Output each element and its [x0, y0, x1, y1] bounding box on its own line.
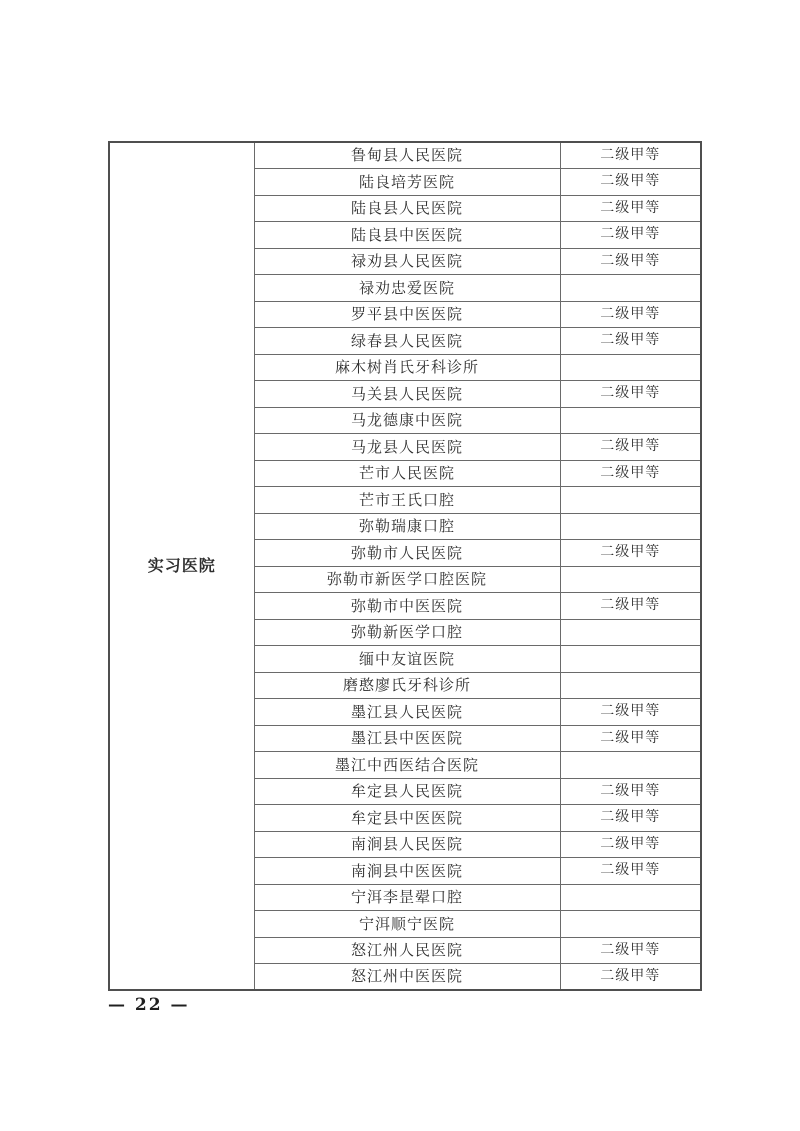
hospital-name-cell: 怒江州人民医院 — [254, 937, 560, 964]
hospital-name-cell: 牟定县人民医院 — [254, 778, 560, 805]
grade-cell — [560, 487, 701, 514]
hospital-name-cell: 缅中友谊医院 — [254, 646, 560, 673]
grade-cell — [560, 911, 701, 938]
hospital-table: 实习医院 鲁甸县人民医院 二级甲等 陆良培芳医院 二级甲等 陆良县人民医院 二级… — [108, 141, 702, 991]
hospital-name-cell: 弥勒市新医学口腔医院 — [254, 566, 560, 593]
grade-cell — [560, 566, 701, 593]
grade-cell: 二级甲等 — [560, 937, 701, 964]
grade-cell: 二级甲等 — [560, 778, 701, 805]
hospital-name-cell: 陆良县中医医院 — [254, 222, 560, 249]
grade-cell: 二级甲等 — [560, 964, 701, 991]
hospital-name-cell: 墨江中西医结合医院 — [254, 752, 560, 779]
grade-cell — [560, 752, 701, 779]
page-number: — 22 — — [108, 995, 190, 1015]
grade-cell: 二级甲等 — [560, 434, 701, 461]
grade-cell: 二级甲等 — [560, 460, 701, 487]
row-header: 实习医院 — [109, 142, 254, 990]
hospital-name-cell: 南涧县人民医院 — [254, 831, 560, 858]
hospital-name-cell: 麻木树肖氏牙科诊所 — [254, 354, 560, 381]
grade-cell: 二级甲等 — [560, 222, 701, 249]
grade-cell: 二级甲等 — [560, 248, 701, 275]
hospital-name-cell: 马关县人民医院 — [254, 381, 560, 408]
grade-cell: 二级甲等 — [560, 169, 701, 196]
hospital-name-cell: 牟定县中医医院 — [254, 805, 560, 832]
grade-cell: 二级甲等 — [560, 593, 701, 620]
grade-cell: 二级甲等 — [560, 195, 701, 222]
grade-cell: 二级甲等 — [560, 699, 701, 726]
grade-cell: 二级甲等 — [560, 725, 701, 752]
hospital-name-cell: 绿春县人民医院 — [254, 328, 560, 355]
hospital-name-cell: 墨江县中医医院 — [254, 725, 560, 752]
hospital-name-cell: 宁洱顺宁医院 — [254, 911, 560, 938]
hospital-name-cell: 陆良县人民医院 — [254, 195, 560, 222]
hospital-name-cell: 弥勒市中医医院 — [254, 593, 560, 620]
document-page: 实习医院 鲁甸县人民医院 二级甲等 陆良培芳医院 二级甲等 陆良县人民医院 二级… — [0, 0, 800, 1131]
grade-cell — [560, 884, 701, 911]
hospital-name-cell: 芒市人民医院 — [254, 460, 560, 487]
grade-cell — [560, 672, 701, 699]
hospital-name-cell: 禄劝忠爱医院 — [254, 275, 560, 302]
grade-cell — [560, 619, 701, 646]
hospital-name-cell: 鲁甸县人民医院 — [254, 142, 560, 169]
hospital-name-cell: 马龙县人民医院 — [254, 434, 560, 461]
grade-cell: 二级甲等 — [560, 142, 701, 169]
hospital-name-cell: 南涧县中医医院 — [254, 858, 560, 885]
grade-cell: 二级甲等 — [560, 328, 701, 355]
hospital-name-cell: 芒市王氏口腔 — [254, 487, 560, 514]
grade-cell: 二级甲等 — [560, 831, 701, 858]
grade-cell — [560, 646, 701, 673]
hospital-name-cell: 墨江县人民医院 — [254, 699, 560, 726]
hospital-name-cell: 罗平县中医医院 — [254, 301, 560, 328]
grade-cell: 二级甲等 — [560, 381, 701, 408]
hospital-name-cell: 弥勒新医学口腔 — [254, 619, 560, 646]
hospital-name-cell: 磨憨廖氏牙科诊所 — [254, 672, 560, 699]
hospital-name-cell: 马龙德康中医院 — [254, 407, 560, 434]
hospital-name-cell: 陆良培芳医院 — [254, 169, 560, 196]
hospital-name-cell: 禄劝县人民医院 — [254, 248, 560, 275]
hospital-name-cell: 弥勒瑞康口腔 — [254, 513, 560, 540]
grade-cell — [560, 354, 701, 381]
hospital-name-cell: 怒江州中医医院 — [254, 964, 560, 991]
grade-cell — [560, 407, 701, 434]
hospital-name-cell: 弥勒市人民医院 — [254, 540, 560, 567]
grade-cell — [560, 513, 701, 540]
grade-cell: 二级甲等 — [560, 805, 701, 832]
grade-cell: 二级甲等 — [560, 858, 701, 885]
table-row: 实习医院 鲁甸县人民医院 二级甲等 — [109, 142, 701, 169]
grade-cell: 二级甲等 — [560, 540, 701, 567]
grade-cell: 二级甲等 — [560, 301, 701, 328]
hospital-table-body: 实习医院 鲁甸县人民医院 二级甲等 陆良培芳医院 二级甲等 陆良县人民医院 二级… — [109, 142, 701, 990]
hospital-name-cell: 宁洱李昰翚口腔 — [254, 884, 560, 911]
grade-cell — [560, 275, 701, 302]
